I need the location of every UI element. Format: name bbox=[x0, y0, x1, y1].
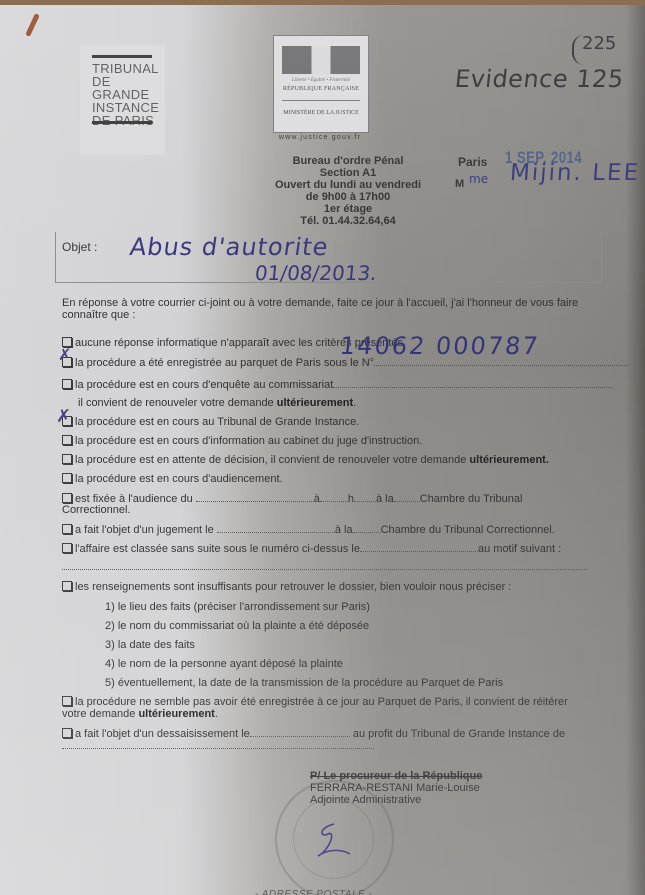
checkbox[interactable] bbox=[62, 493, 72, 503]
republic-name: RÉPUBLIQUE FRANÇAISE bbox=[274, 86, 368, 92]
checkbox[interactable] bbox=[62, 581, 72, 591]
option-investigation-note: il convient de renouveler votre demande … bbox=[78, 397, 356, 409]
logo-divider bbox=[282, 100, 360, 101]
recipient-name-handwritten: Mijin. LEE bbox=[509, 160, 641, 186]
fill-line bbox=[217, 523, 335, 533]
option-not-registered-continuation: votre demande ultérieurement. bbox=[62, 708, 218, 720]
recipient-prefix: M bbox=[455, 178, 464, 190]
fill-line bbox=[62, 568, 587, 570]
fill-line bbox=[62, 747, 374, 749]
option-hearing-fixed: est fixée à l'audience du àhà laChambre … bbox=[62, 492, 522, 505]
detail-item: 4) le nom de la personne ayant déposé la… bbox=[105, 658, 343, 670]
letter-page: TRIBUNAL DE GRANDE INSTANCE DE PARIS Lib… bbox=[0, 5, 645, 895]
checkbox[interactable] bbox=[62, 379, 72, 389]
intro-line-1: En réponse à votre courrier ci-joint ou … bbox=[62, 297, 578, 309]
checkbox[interactable] bbox=[62, 524, 72, 534]
ministry-name: MINISTÈRE DE LA JUSTICE bbox=[274, 110, 368, 116]
intro-line-2: connaître que : bbox=[62, 309, 135, 321]
option-scheduling: la procédure est en cours d'audiencement… bbox=[62, 473, 283, 485]
checkbox[interactable] bbox=[62, 728, 72, 738]
detail-item: 5) éventuellement, la date de la transmi… bbox=[105, 677, 503, 689]
checkbox[interactable] bbox=[62, 543, 72, 553]
option-not-registered: la procédure ne semble pas avoir été enr… bbox=[62, 696, 568, 708]
option-instruction: la procédure est en cours d'information … bbox=[62, 435, 422, 447]
objet-handwritten-subject: Abus d'autorite bbox=[128, 233, 330, 261]
signatory-role: Adjointe Administrative bbox=[310, 794, 482, 806]
option-hearing-fixed-continuation: Correctionnel. bbox=[62, 504, 130, 516]
fill-line bbox=[353, 523, 381, 533]
option-investigation: la procédure est en cours d'enquête au c… bbox=[62, 378, 613, 391]
fill-line bbox=[333, 378, 613, 388]
marianne-flag-icon bbox=[282, 46, 360, 74]
option-transfer: a fait l'objet d'un dessaisissement le a… bbox=[62, 727, 565, 740]
fill-line bbox=[250, 727, 350, 737]
fill-line bbox=[320, 492, 348, 502]
signatory-title: P/ Le procureur de la République bbox=[310, 770, 482, 782]
option-tgi: la procédure est en cours au Tribunal de… bbox=[62, 416, 359, 428]
postal-address-label: - ADRESSE POSTALE - bbox=[255, 889, 372, 895]
ministry-url: www.justice.gouv.fr bbox=[270, 134, 370, 141]
handwritten-case-number: 14062 000787 bbox=[339, 332, 542, 360]
checkbox[interactable] bbox=[62, 454, 72, 464]
fill-line bbox=[196, 492, 314, 502]
objet-handwritten-date: 01/08/2013. bbox=[254, 261, 378, 285]
checkbox[interactable] bbox=[62, 435, 72, 445]
option-judgment: a fait l'objet d'un jugement le à laCham… bbox=[62, 523, 555, 536]
checkbox[interactable] bbox=[62, 473, 72, 483]
objet-label: Objet : bbox=[62, 240, 97, 254]
option-awaiting-decision: la procédure est en attente de décision,… bbox=[62, 454, 549, 466]
recipient-title-handwritten: me bbox=[469, 172, 488, 186]
place-label: Paris bbox=[458, 155, 487, 169]
signatory-name: FERRARA-RESTANI Marie-Louise bbox=[310, 782, 482, 794]
tgi-paris-logo: TRIBUNAL DE GRANDE INSTANCE DE PARIS bbox=[80, 45, 165, 155]
handwritten-check-mark-icon: ✗ bbox=[56, 406, 71, 427]
republique-francaise-logo: Liberté • Égalité • Fraternité RÉPUBLIQU… bbox=[273, 35, 369, 133]
detail-item: 2) le nom du commissariat où la plainte … bbox=[105, 620, 369, 632]
handwritten-evidence-label: Evidence 125 bbox=[454, 65, 626, 93]
paper-stain bbox=[25, 13, 40, 37]
republic-motto: Liberté • Égalité • Fraternité bbox=[274, 78, 368, 83]
fill-line bbox=[360, 542, 478, 552]
handwritten-bracket-number: 225 bbox=[582, 33, 616, 54]
signature-block: P/ Le procureur de la République FERRARA… bbox=[310, 770, 482, 806]
handwritten-check-mark-icon: ✗ bbox=[58, 345, 71, 364]
bureau-info: Bureau d'ordre Pénal Section A1 Ouvert d… bbox=[268, 155, 428, 227]
detail-item: 3) la date des faits bbox=[105, 639, 195, 651]
option-dismissed: l'affaire est classée sans suite sous le… bbox=[62, 542, 561, 555]
fill-line bbox=[354, 492, 376, 502]
fill-line bbox=[394, 492, 420, 502]
tgi-logo-text: TRIBUNAL DE GRANDE INSTANCE DE PARIS bbox=[92, 62, 165, 127]
signature-scribble-icon bbox=[300, 820, 360, 860]
detail-item: 1) le lieu des faits (préciser l'arrondi… bbox=[105, 601, 370, 613]
logo-rule-bottom bbox=[92, 121, 152, 124]
logo-rule-top bbox=[92, 55, 152, 58]
option-insufficient-info: les renseignements sont insuffisants pou… bbox=[62, 581, 511, 593]
checkbox[interactable] bbox=[62, 696, 72, 706]
